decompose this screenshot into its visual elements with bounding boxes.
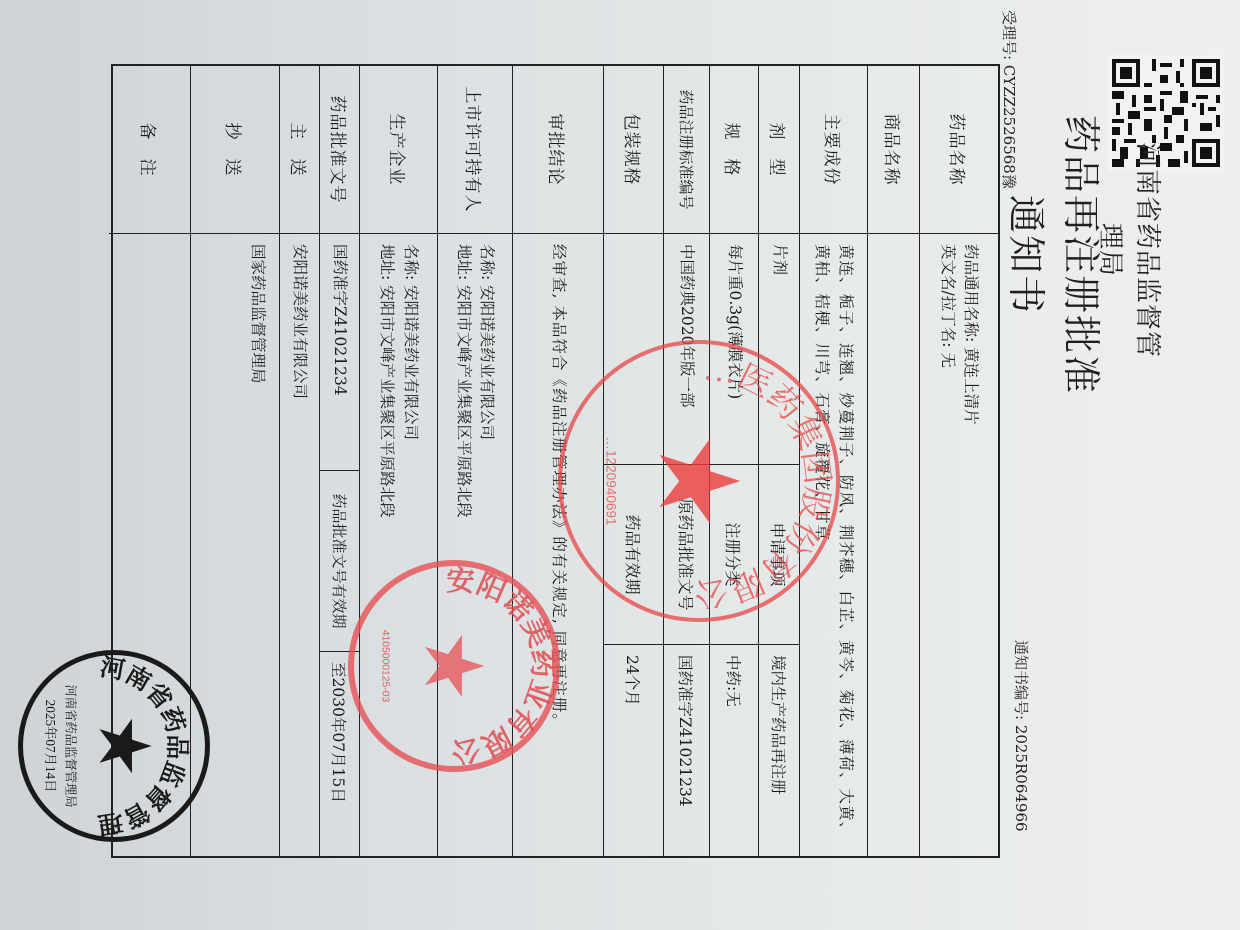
photo-background: 河南省药品监督管理局 药品再注册批准通知书 受理号: CYZZ2526568豫 … xyxy=(0,0,1240,930)
value-conclusion: 经审查, 本品符合《药品注册管理办法》的有关规定, 同意再注册。 xyxy=(513,234,603,856)
value-trade-name xyxy=(868,234,919,856)
manufacturer-name: 名称: 安阳诺美药业有限公司 xyxy=(399,244,422,440)
value-remarks xyxy=(109,234,190,856)
value-drug-name: 药品通用名称: 黄连上清片 英文名/拉丁名: 无 xyxy=(920,234,998,856)
label-dosage-form: 剂 型 xyxy=(759,66,799,234)
label-approval-no: 药品批准文号 xyxy=(320,66,359,234)
english-name: 英文名/拉丁名: 无 xyxy=(936,244,959,368)
mah-address: 地址: 安阳市文峰产业集聚区平原路北段 xyxy=(452,244,475,518)
value-shelf-life: 24个月 xyxy=(604,645,663,856)
value-spec: 每片重0.3g(薄膜衣片) xyxy=(710,234,758,464)
row-main-recipient: 主 送 安阳诺美药业有限公司 xyxy=(279,66,319,856)
label-original-approval-no: 原药品批准文号 xyxy=(664,464,709,645)
value-approval-no: 国药准字Z41021234 xyxy=(320,234,359,464)
notice-number: 通知书编号: 2025R064966 xyxy=(1011,640,1032,832)
value-manufacturer: 名称: 安阳诺美药业有限公司 地址: 安阳市文峰产业集聚区平原路北段 xyxy=(360,234,437,856)
value-original-approval-no: 国药准字Z41021234 xyxy=(664,645,709,856)
label-drug-name: 药品名称 xyxy=(920,66,998,234)
row-drug-name: 药品名称 药品通用名称: 黄连上清片 英文名/拉丁名: 无 xyxy=(919,66,998,856)
value-packaging xyxy=(604,234,663,464)
row-cc: 抄 送 国家药品监督管理局 xyxy=(190,66,279,856)
row-standard: 药品注册标准编号 中国药典2020年版一部 原药品批准文号 国药准字Z41021… xyxy=(663,66,709,856)
value-application-item: 境内生产药品再注册 xyxy=(759,645,799,856)
label-conclusion: 审批结论 xyxy=(513,66,603,234)
acceptance-number: 受理号: CYZZ2526568豫 xyxy=(999,10,1020,189)
value-mah: 名称: 安阳诺美药业有限公司 地址: 安阳市文峰产业集聚区平原路北段 xyxy=(438,234,512,856)
label-cc: 抄 送 xyxy=(191,66,279,234)
label-packaging: 包装规格 xyxy=(604,66,663,234)
approval-table: 药品名称 药品通用名称: 黄连上清片 英文名/拉丁名: 无 商品名称 主要成份 … xyxy=(111,64,1000,858)
value-cc: 国家药品监督管理局 xyxy=(191,234,279,856)
row-spec: 规 格 每片重0.3g(薄膜衣片) 注册分类 中药:无 xyxy=(709,66,758,856)
label-manufacturer: 生产企业 xyxy=(360,66,437,234)
svg-text:河南省药品监督管理局: 河南省药品监督管理局 xyxy=(64,684,79,807)
row-dosage-form: 剂 型 片剂 申请事项 境内生产药品再注册 xyxy=(758,66,799,856)
row-trade-name: 商品名称 xyxy=(867,66,919,856)
row-mah: 上市许可持有人 名称: 安阳诺美药业有限公司 地址: 安阳市文峰产业集聚区平原路… xyxy=(437,66,512,856)
row-approval-no: 药品批准文号 国药准字Z41021234 药品批准文号有效期 至2030年07月… xyxy=(319,66,359,856)
label-trade-name: 商品名称 xyxy=(868,66,919,234)
row-ingredients: 主要成份 黄连、栀子、连翘、炒蔓荆子、防风、荆芥穗、白芷、黄芩、菊花、薄荷、大黄… xyxy=(799,66,867,856)
manufacturer-address: 地址: 安阳市文峰产业集聚区平原路北段 xyxy=(375,244,398,518)
label-remarks: 备 注 xyxy=(109,66,190,234)
row-packaging: 包装规格 药品有效期 24个月 xyxy=(603,66,663,856)
label-main-recipient: 主 送 xyxy=(280,66,319,234)
value-standard: 中国药典2020年版一部 xyxy=(664,234,709,464)
value-approval-validity: 至2030年07月15日 xyxy=(320,652,359,856)
label-spec: 规 格 xyxy=(710,66,758,234)
document-page: 河南省药品监督管理局 药品再注册批准通知书 受理号: CYZZ2526568豫 … xyxy=(0,0,1240,930)
value-registration-class: 中药:无 xyxy=(710,645,758,856)
label-approval-validity: 药品批准文号有效期 xyxy=(320,470,359,652)
label-application-item: 申请事项 xyxy=(759,464,799,645)
value-ingredients: 黄连、栀子、连翘、炒蔓荆子、防风、荆芥穗、白芷、黄芩、菊花、薄荷、大黄、黄柏、桔… xyxy=(800,234,867,856)
value-main-recipient: 安阳诺美药业有限公司 xyxy=(280,234,319,856)
label-standard: 药品注册标准编号 xyxy=(664,66,709,234)
row-conclusion: 审批结论 经审查, 本品符合《药品注册管理办法》的有关规定, 同意再注册。 xyxy=(512,66,603,856)
value-dosage-form: 片剂 xyxy=(759,234,799,464)
row-remarks: 备 注 xyxy=(109,66,190,856)
label-mah: 上市许可持有人 xyxy=(438,66,512,234)
label-ingredients: 主要成份 xyxy=(800,66,867,234)
svg-text:2025年07月14日: 2025年07月14日 xyxy=(43,700,59,793)
generic-name: 药品通用名称: 黄连上清片 xyxy=(959,244,982,425)
row-manufacturer: 生产企业 名称: 安阳诺美药业有限公司 地址: 安阳市文峰产业集聚区平原路北段 xyxy=(359,66,437,856)
label-registration-class: 注册分类 xyxy=(710,464,758,645)
mah-name: 名称: 安阳诺美药业有限公司 xyxy=(475,244,498,440)
label-shelf-life: 药品有效期 xyxy=(604,464,663,645)
